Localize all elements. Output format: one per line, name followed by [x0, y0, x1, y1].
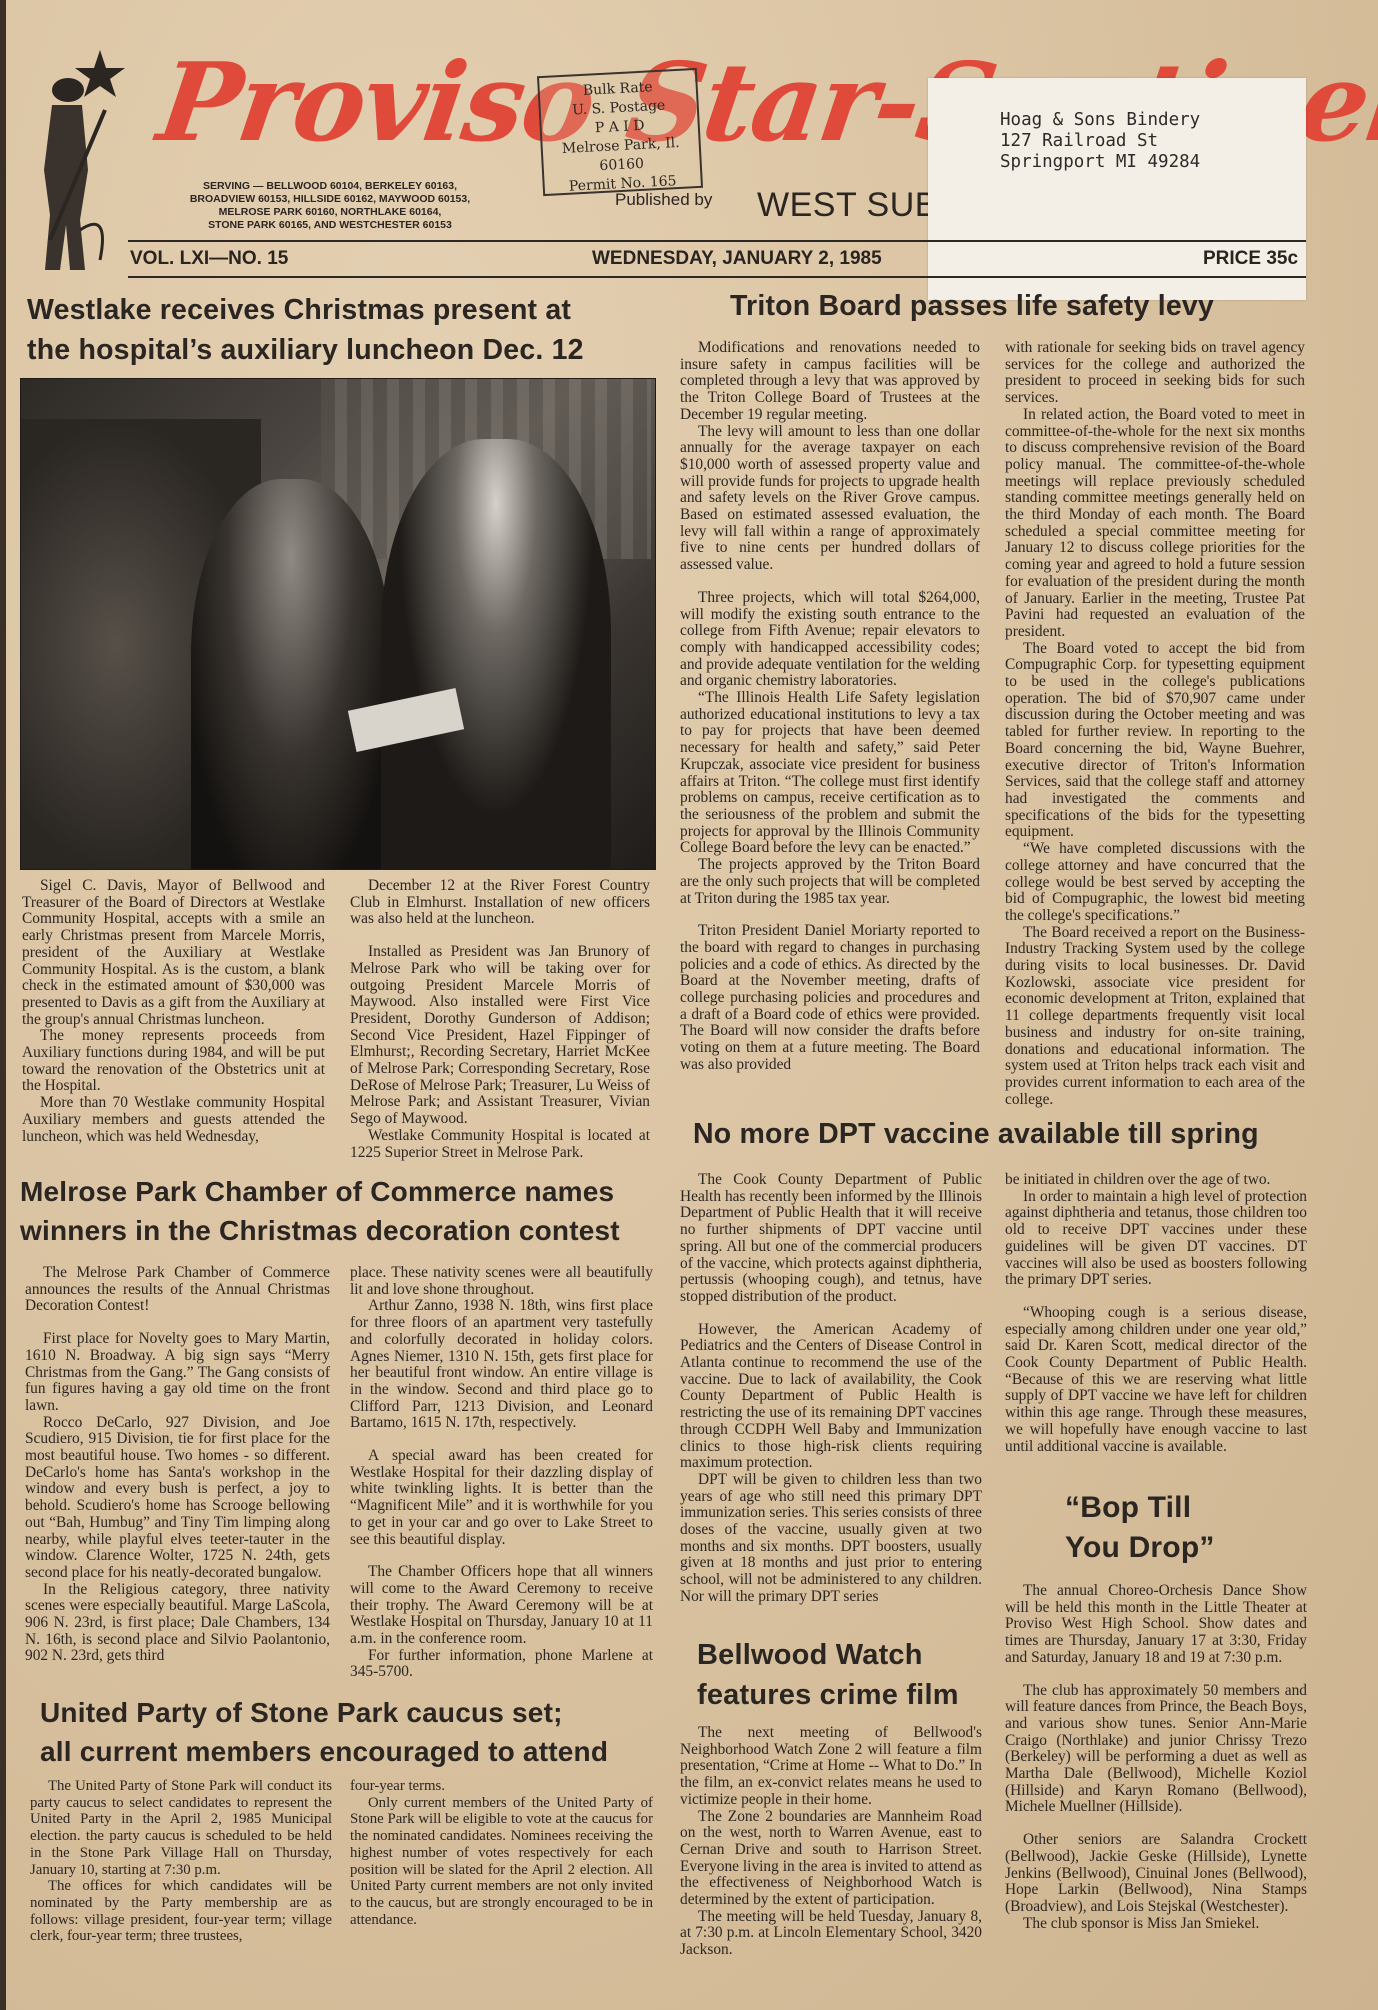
- headline-triton: Triton Board passes life safety levy: [730, 290, 1214, 323]
- paragraph: The United Party of Stone Park will cond…: [30, 1778, 332, 1878]
- paragraph: The Board voted to accept the bid from C…: [1005, 641, 1305, 841]
- paragraph: “Whooping cough is a serious disease, es…: [1005, 1305, 1307, 1455]
- headline-line: “Bop Till: [1065, 1488, 1215, 1528]
- paragraph: with rationale for seeking bids on trave…: [1005, 340, 1305, 407]
- paragraph: DPT will be given to children less than …: [680, 1472, 982, 1606]
- paragraph: For further information, phone Marlene a…: [350, 1648, 653, 1681]
- paragraph: More than 70 Westlake community Hospital…: [22, 1095, 325, 1145]
- paragraph: The Melrose Park Chamber of Commerce ann…: [25, 1265, 330, 1315]
- masthead-rule-top: [128, 240, 1306, 242]
- paragraph: The offices for which candidates will be…: [30, 1878, 332, 1945]
- triton-col-2: with rationale for seeking bids on trave…: [1005, 340, 1305, 1108]
- paragraph: The club has approximately 50 members an…: [1005, 1683, 1307, 1817]
- paragraph: Three projects, which will total $264,00…: [680, 590, 980, 690]
- paragraph: The next meeting of Bellwood's Neighborh…: [680, 1725, 982, 1809]
- headline-westlake: Westlake receives Christmas present at t…: [27, 290, 584, 370]
- headline-line: the hospital’s auxiliary luncheon Dec. 1…: [27, 330, 584, 370]
- paragraph: Installed as President was Jan Brunory o…: [350, 944, 650, 1128]
- paragraph: The Chamber Officers hope that all winne…: [350, 1564, 653, 1648]
- united-party-col-2: four-year terms. Only current members of…: [350, 1778, 653, 1928]
- triton-col-1: Modifications and renovations needed to …: [680, 340, 980, 1074]
- issue-date: WEDNESDAY, JANUARY 2, 1985: [592, 248, 882, 270]
- serving-area: SERVING — BELLWOOD 60104, BERKELEY 60163…: [150, 180, 510, 232]
- headline-line: Westlake receives Christmas present at: [27, 290, 584, 330]
- paragraph: four-year terms.: [350, 1778, 653, 1795]
- paragraph: Only current members of the United Party…: [350, 1795, 653, 1929]
- paragraph: The annual Choreo-Orchesis Dance Show wi…: [1005, 1583, 1307, 1667]
- photo-woman: [191, 479, 391, 870]
- minuteman-logo-icon: [30, 50, 125, 280]
- united-party-col-1: The United Party of Stone Park will cond…: [30, 1778, 332, 1945]
- paragraph: Triton President Daniel Moriarty reporte…: [680, 923, 980, 1073]
- photo-check-presentation: [20, 378, 656, 870]
- published-by-label: Published by: [615, 190, 712, 210]
- paragraph: “The Illinois Health Life Safety legisla…: [680, 690, 980, 857]
- headline-line: United Party of Stone Park caucus set;: [40, 1693, 608, 1732]
- paragraph: The Board received a report on the Busin…: [1005, 925, 1305, 1109]
- paragraph: The Zone 2 boundaries are Mannheim Road …: [680, 1809, 982, 1909]
- paragraph: In related action, the Board voted to me…: [1005, 407, 1305, 641]
- bop-body: The annual Choreo-Orchesis Dance Show wi…: [1005, 1583, 1307, 1932]
- headline-united-party: United Party of Stone Park caucus set; a…: [40, 1693, 608, 1771]
- headline-line: Bellwood Watch: [697, 1635, 959, 1675]
- paragraph: First place for Novelty goes to Mary Mar…: [25, 1331, 330, 1415]
- paragraph: place. These nativity scenes were all be…: [350, 1265, 653, 1298]
- paragraph: The Cook County Department of Public Hea…: [680, 1172, 982, 1306]
- headline-bop: “Bop Till You Drop”: [1065, 1488, 1215, 1568]
- dpt-col-2: be initiated in children over the age of…: [1005, 1172, 1307, 1455]
- paragraph: be initiated in children over the age of…: [1005, 1172, 1307, 1189]
- paragraph: The meeting will be held Tuesday, Januar…: [680, 1909, 982, 1959]
- headline-chamber: Melrose Park Chamber of Commerce names w…: [20, 1172, 620, 1250]
- paragraph: In the Religious category, three nativit…: [25, 1582, 330, 1666]
- paragraph: In order to maintain a high level of pro…: [1005, 1189, 1307, 1289]
- paragraph: “We have completed discussions with the …: [1005, 841, 1305, 925]
- paragraph: However, the American Academy of Pediatr…: [680, 1322, 982, 1472]
- masthead-rule-bottom: [128, 276, 1306, 278]
- serving-line: BROADVIEW 60153, HILLSIDE 60162, MAYWOOD…: [150, 193, 510, 206]
- bellwood-body: The next meeting of Bellwood's Neighborh…: [680, 1725, 982, 1959]
- dpt-col-1: The Cook County Department of Public Hea…: [680, 1172, 982, 1606]
- photo-man: [381, 439, 611, 870]
- paragraph: The levy will amount to less than one do…: [680, 424, 980, 574]
- paragraph: The club sponsor is Miss Jan Smiekel.: [1005, 1916, 1307, 1933]
- headline-line: You Drop”: [1065, 1528, 1215, 1568]
- postage-stamp: Bulk Rate U. S. Postage P A I D Melrose …: [537, 68, 703, 196]
- serving-line: SERVING — BELLWOOD 60104, BERKELEY 60163…: [150, 180, 510, 193]
- paragraph: Modifications and renovations needed to …: [680, 340, 980, 424]
- chamber-col-2: place. These nativity scenes were all be…: [350, 1265, 653, 1681]
- headline-bellwood: Bellwood Watch features crime film: [697, 1635, 959, 1715]
- paragraph: Rocco DeCarlo, 927 Division, and Joe Scu…: [25, 1415, 330, 1582]
- headline-dpt: No more DPT vaccine available till sprin…: [693, 1118, 1259, 1151]
- paragraph: Arthur Zanno, 1938 N. 18th, wins first p…: [350, 1298, 653, 1432]
- paragraph: The projects approved by the Triton Boar…: [680, 857, 980, 907]
- volume-number: VOL. LXI—NO. 15: [130, 248, 288, 270]
- paragraph: The money represents proceeds from Auxil…: [22, 1028, 325, 1095]
- paragraph: Other seniors are Salandra Crockett (Bel…: [1005, 1832, 1307, 1916]
- headline-line: all current members encouraged to attend: [40, 1732, 608, 1771]
- paragraph: Sigel C. Davis, Mayor of Bellwood and Tr…: [22, 878, 325, 1028]
- headline-line: features crime film: [697, 1675, 959, 1715]
- paragraph: A special award has been created for Wes…: [350, 1448, 653, 1548]
- serving-line: STONE PARK 60165, AND WESTCHESTER 60153: [150, 219, 510, 232]
- westlake-col-2: December 12 at the River Forest Country …: [350, 878, 650, 1161]
- page-edge: [0, 0, 6, 2010]
- westlake-col-1: Sigel C. Davis, Mayor of Bellwood and Tr…: [22, 878, 325, 1145]
- paragraph: Westlake Community Hospital is located a…: [350, 1128, 650, 1161]
- mailing-address: Hoag & Sons Bindery 127 Railroad St Spri…: [1000, 110, 1200, 173]
- headline-line: winners in the Christmas decoration cont…: [20, 1211, 620, 1250]
- headline-line: Melrose Park Chamber of Commerce names: [20, 1172, 620, 1211]
- serving-line: MELROSE PARK 60160, NORTHLAKE 60164,: [150, 206, 510, 219]
- price: PRICE 35c: [1203, 248, 1298, 270]
- paragraph: December 12 at the River Forest Country …: [350, 878, 650, 928]
- chamber-col-1: The Melrose Park Chamber of Commerce ann…: [25, 1265, 330, 1665]
